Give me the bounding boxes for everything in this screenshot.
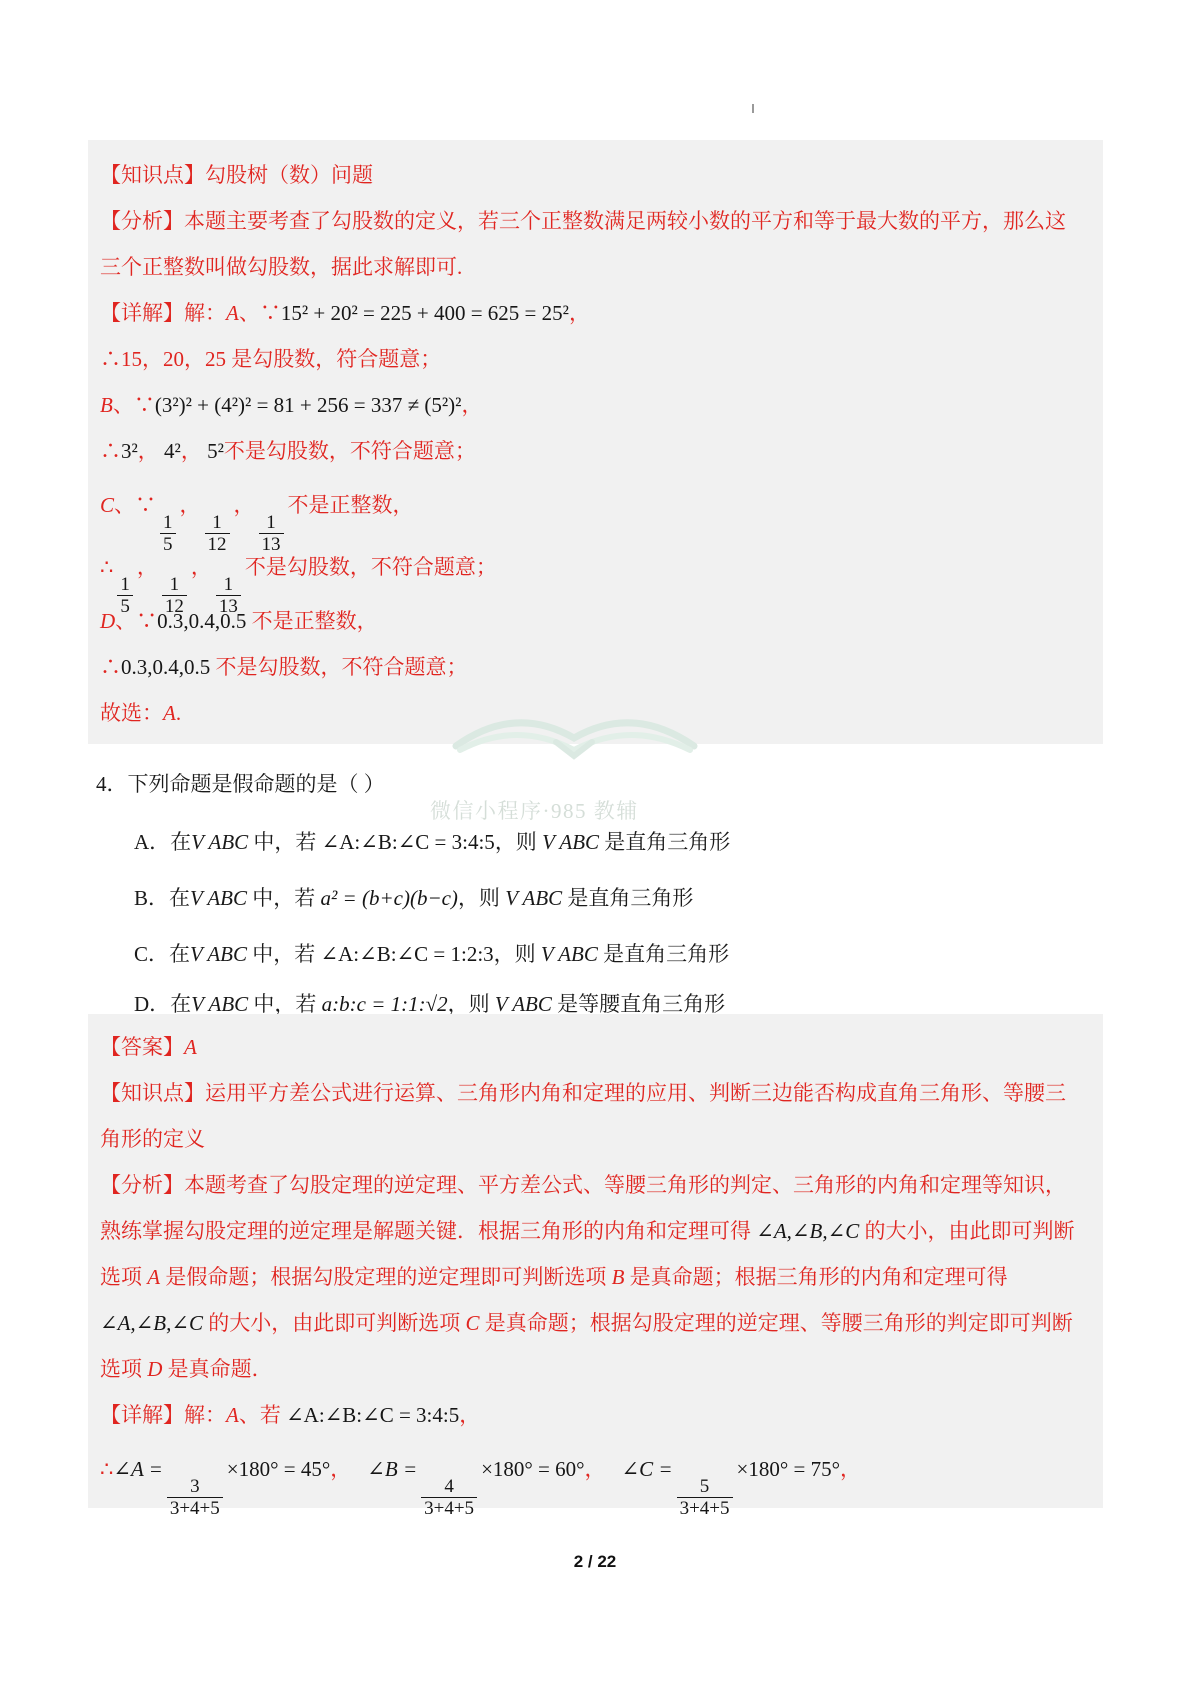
fraction-4-over-sum: 43+4+5 [421,1476,477,1520]
option-b-mid-2: ，则 [458,886,505,910]
option-a-mid-1: 中，若 [248,830,322,854]
numbers-d: 0.3,0.4,0.5 [121,655,210,679]
analysis-line-5: 选项 D 是真命题． [100,1346,1089,1392]
fraction-numerator: 1 [160,512,176,533]
because-symbol: 、∵ [114,493,156,517]
angle-c-result: ×180° = 75° [737,1457,840,1481]
knowledge-point-text: 勾股树（数）问题 [205,163,373,187]
fraction-numerator: 1 [117,574,133,595]
letter-b: B [612,1265,625,1289]
solution-block-q4: 【答案】A 【知识点】运用平方差公式进行运算、三角形内角和定理的应用、判断三边能… [88,1014,1103,1508]
fraction-numerator: 3 [187,1476,203,1497]
option-c-tail: 是直角三角形 [598,942,729,966]
fraction-numerator: 5 [697,1476,713,1497]
question-4-text: 4．下列命题是假命题的是（ ） [96,772,385,796]
letter-c: C [465,1311,479,1335]
option-d-equation: a:b:c = 1:1:√2 [322,992,448,1016]
fraction-numerator: 1 [167,574,183,595]
option-letter-a: A [226,301,239,325]
triangle-abc: V ABC [191,830,248,854]
option-a-equation: ∠A:∠B:∠C = 3:4:5 [322,830,495,854]
comma: ， [569,301,590,325]
document-page: { "page": { "footer": "2 / 22" }, "water… [0,0,1190,1683]
angles-abc: ∠A,∠B,∠C [756,1219,859,1243]
angle-b-result: ×180° = 60° [481,1457,584,1481]
fraction-numerator: 1 [221,574,237,595]
final-answer-letter: A [163,701,176,725]
option-a-mid-2: ，则 [495,830,542,854]
option-letter-b: B [100,393,113,417]
fraction-numerator: 1 [263,512,279,533]
analysis-text-4b: 是真命题；根据勾股定理的逆定理、等腰三角形的判定即可判断 [479,1311,1072,1335]
detail-line-b: B、∵(3²)² + (4²)² = 81 + 256 = 337 ≠ (5²)… [100,382,1089,428]
option-d-mid-2: ，则 [448,992,495,1016]
angle-b-eq: ∠B = [367,1457,417,1481]
therefore-symbol: ∴ [100,555,113,579]
triangle-abc: V ABC [505,886,562,910]
detail-if: 、若 [239,1403,286,1427]
analysis-text-4a: 的大小，由此即可判断选项 [203,1311,466,1335]
analysis-text-5a: 选项 [100,1357,147,1381]
term-3sq: 3² [121,439,138,463]
angle-a-result: ×180° = 45° [227,1457,330,1481]
ratio-equation: ∠A:∠B:∠C = 3:4:5 [286,1403,459,1427]
answer-line: 【答案】A [100,1024,1089,1070]
page-number: 2 / 22 [0,1552,1190,1572]
analysis-text-3b: 是假命题；根据勾股定理的逆定理即可判断选项 [160,1265,612,1289]
detail-solve: 解： [184,301,226,325]
comma: ， [137,555,158,579]
answer-letter: A [184,1035,197,1059]
fraction-numerator: 1 [209,512,225,533]
comma: ， [461,393,482,417]
option-c-mid-2: ，则 [494,942,541,966]
analysis-label: 【分析】 [100,209,184,233]
comma: ， [459,1403,480,1427]
result-line-c: ∴15，112，113不是勾股数，不符合题意； [100,536,1089,598]
comma: ， [138,439,164,463]
detail-label: 【详解】 [100,301,184,325]
detail-line-c: C、∵15，112，113不是正整数， [100,474,1089,536]
question-4-option-b: B．在V ABC 中，若 a² = (b+c)(b−c)，则 V ABC 是直角… [134,882,693,912]
result-text-a: ∴15，20，25 是勾股数，符合题意； [100,347,441,371]
comma: ， [585,1457,606,1481]
solution-block-q3: 【知识点】勾股树（数）问题 【分析】本题主要考查了勾股数的定义，若三个正整数满足… [88,140,1103,744]
option-b-tail: 是直角三角形 [562,886,693,910]
fraction-denominator: 3+4+5 [421,1497,477,1519]
question-4-option-a: A．在V ABC 中，若 ∠A:∠B:∠C = 3:4:5，则 V ABC 是直… [134,826,730,856]
fraction-denominator: 3+4+5 [677,1497,733,1519]
option-c-label: C．在 [134,942,190,966]
detail-line-a: 【详解】解：A、∵15² + 20² = 225 + 400 = 625 = 2… [100,290,1089,336]
triangle-abc: V ABC [542,830,599,854]
triangle-abc: V ABC [191,992,248,1016]
fraction-denominator: 3+4+5 [167,1497,223,1519]
angle-a-eq: ∠A = [113,1457,162,1481]
result-line-d: ∴0.3,0.4,0.5 不是勾股数，不符合题意； [100,644,1089,690]
triangle-abc: V ABC [495,992,552,1016]
comma: ， [840,1457,861,1481]
detail-line-d: D、∵0.3,0.4,0.5 不是正整数， [100,598,1089,644]
analysis-text-1: 本题主要考查了勾股数的定义，若三个正整数满足两较小数的平方和等于最大数的平方，那… [184,209,1066,233]
result-text-c: 不是勾股数，不符合题意； [245,555,497,579]
analysis-text-1: 本题考查了勾股定理的逆定理、平方差公式、等腰三角形的判定、三角形的内角和定理等知… [184,1173,1066,1197]
letter-a: A [147,1265,160,1289]
option-d-mid-1: 中，若 [248,992,322,1016]
because-symbol: 、∵ [115,609,157,633]
watermark-caption: 微信小程序·985 教辅 [430,795,639,825]
therefore-symbol: ∴ [100,1457,113,1481]
final-answer-prefix: 故选： [100,701,163,725]
comma: ， [191,555,212,579]
result-line-a: ∴15，20，25 是勾股数，符合题意； [100,336,1089,382]
analysis-line-2: 三个正整数叫做勾股数，据此求解即可. [100,244,1089,290]
detail-label: 【详解】 [100,1403,184,1427]
comma: ， [330,1457,351,1481]
question-4-stem: 4．下列命题是假命题的是（ ） [96,768,385,798]
equation-a: 15² + 20² = 225 + 400 = 625 = 25² [281,301,569,325]
option-b-label: B．在 [134,886,190,910]
analysis-line-1: 【分析】本题主要考查了勾股数的定义，若三个正整数满足两较小数的平方和等于最大数的… [100,198,1089,244]
knowledge-point-text-1: 运用平方差公式进行运算、三角形内角和定理的应用、判断三边能否构成直角三角形、等腰… [205,1081,1066,1105]
analysis-text-2a: 熟练掌握勾股定理的逆定理是解题关键．根据三角形的内角和定理可得 [100,1219,756,1243]
knowledge-point-line-2: 角形的定义 [100,1116,1089,1162]
triangle-abc: V ABC [190,942,247,966]
option-a-label: A．在 [134,830,191,854]
option-a-tail: 是直角三角形 [599,830,730,854]
period: . [176,701,181,725]
knowledge-point-line-1: 【知识点】运用平方差公式进行运算、三角形内角和定理的应用、判断三边能否构成直角三… [100,1070,1089,1116]
analysis-text-3a: 选项 [100,1265,147,1289]
detail-text-d: 不是正整数， [246,609,377,633]
analysis-text-3c: 是真命题；根据三角形的内角和定理可得 [624,1265,1007,1289]
angles-abc: ∠A,∠B,∠C [100,1311,203,1335]
knowledge-point-label: 【知识点】 [100,1081,205,1105]
because-symbol: 、∵ [239,301,281,325]
term-4sq: 4² [164,439,181,463]
therefore-symbol: ∴ [100,439,121,463]
numbers-d: 0.3,0.4,0.5 [157,609,246,633]
open-book-watermark-icon [450,698,700,778]
result-line-b: ∴3²， 4²， 5²不是勾股数，不符合题意； [100,428,1089,474]
analysis-text-2b: 的大小，由此即可判断 [859,1219,1074,1243]
analysis-text-5b: 是真命题． [162,1357,272,1381]
option-letter-c: C [100,493,114,517]
option-d-label: D．在 [134,992,191,1016]
knowledge-point-text-2: 角形的定义 [100,1127,205,1151]
angle-c-eq: ∠C = [622,1457,673,1481]
question-4-option-c: C．在V ABC 中，若 ∠A:∠B:∠C = 1:2:3，则 V ABC 是直… [134,938,729,968]
answer-label: 【答案】 [100,1035,184,1059]
comma: ， [234,493,255,517]
result-text-b: 不是勾股数，不符合题意； [224,439,476,463]
triangle-abc: V ABC [190,886,247,910]
option-d-tail: 是等腰直角三角形 [552,992,725,1016]
option-letter-d: D [100,609,115,633]
option-c-equation: ∠A:∠B:∠C = 1:2:3 [321,942,494,966]
analysis-label: 【分析】 [100,1173,184,1197]
analysis-text-2: 三个正整数叫做勾股数，据此求解即可. [100,255,462,279]
angle-computation-line: ∴∠A =33+4+5×180° = 45°，∠B =43+4+5×180° =… [100,1438,1089,1500]
term-5sq: 5² [207,439,224,463]
analysis-line-2: 熟练掌握勾股定理的逆定理是解题关键．根据三角形的内角和定理可得 ∠A,∠B,∠C… [100,1208,1089,1254]
detail-solve: 解： [184,1403,226,1427]
analysis-line-3: 选项 A 是假命题；根据勾股定理的逆定理即可判断选项 B 是真命题；根据三角形的… [100,1254,1089,1300]
option-b-mid-1: 中，若 [247,886,321,910]
analysis-line-4: ∠A,∠B,∠C 的大小，由此即可判断选项 C 是真命题；根据勾股定理的逆定理、… [100,1300,1089,1346]
analysis-line-1: 【分析】本题考查了勾股定理的逆定理、平方差公式、等腰三角形的判定、三角形的内角和… [100,1162,1089,1208]
comma: ， [181,439,207,463]
option-c-mid-1: 中，若 [247,942,321,966]
option-b-equation: a² = (b+c)(b−c) [321,886,458,910]
detail-line: 【详解】解：A、若 ∠A:∠B:∠C = 3:4:5， [100,1392,1089,1438]
knowledge-point-line: 【知识点】勾股树（数）问题 [100,152,1089,198]
fraction-3-over-sum: 33+4+5 [167,1476,223,1520]
because-symbol: 、∵ [113,393,155,417]
detail-text-c: 不是正整数， [288,493,414,517]
result-text-d: 不是勾股数，不符合题意； [210,655,467,679]
scan-artifact-tick [752,104,754,113]
option-letter-a: A [226,1403,239,1427]
equation-b: (3²)² + (4²)² = 81 + 256 = 337 ≠ (5²)² [155,393,462,417]
triangle-abc: V ABC [541,942,598,966]
comma: ， [180,493,201,517]
letter-d: D [147,1357,162,1381]
fraction-5-over-sum: 53+4+5 [677,1476,733,1520]
therefore-symbol: ∴ [100,655,121,679]
fraction-numerator: 4 [441,1476,457,1497]
knowledge-point-label: 【知识点】 [100,163,205,187]
